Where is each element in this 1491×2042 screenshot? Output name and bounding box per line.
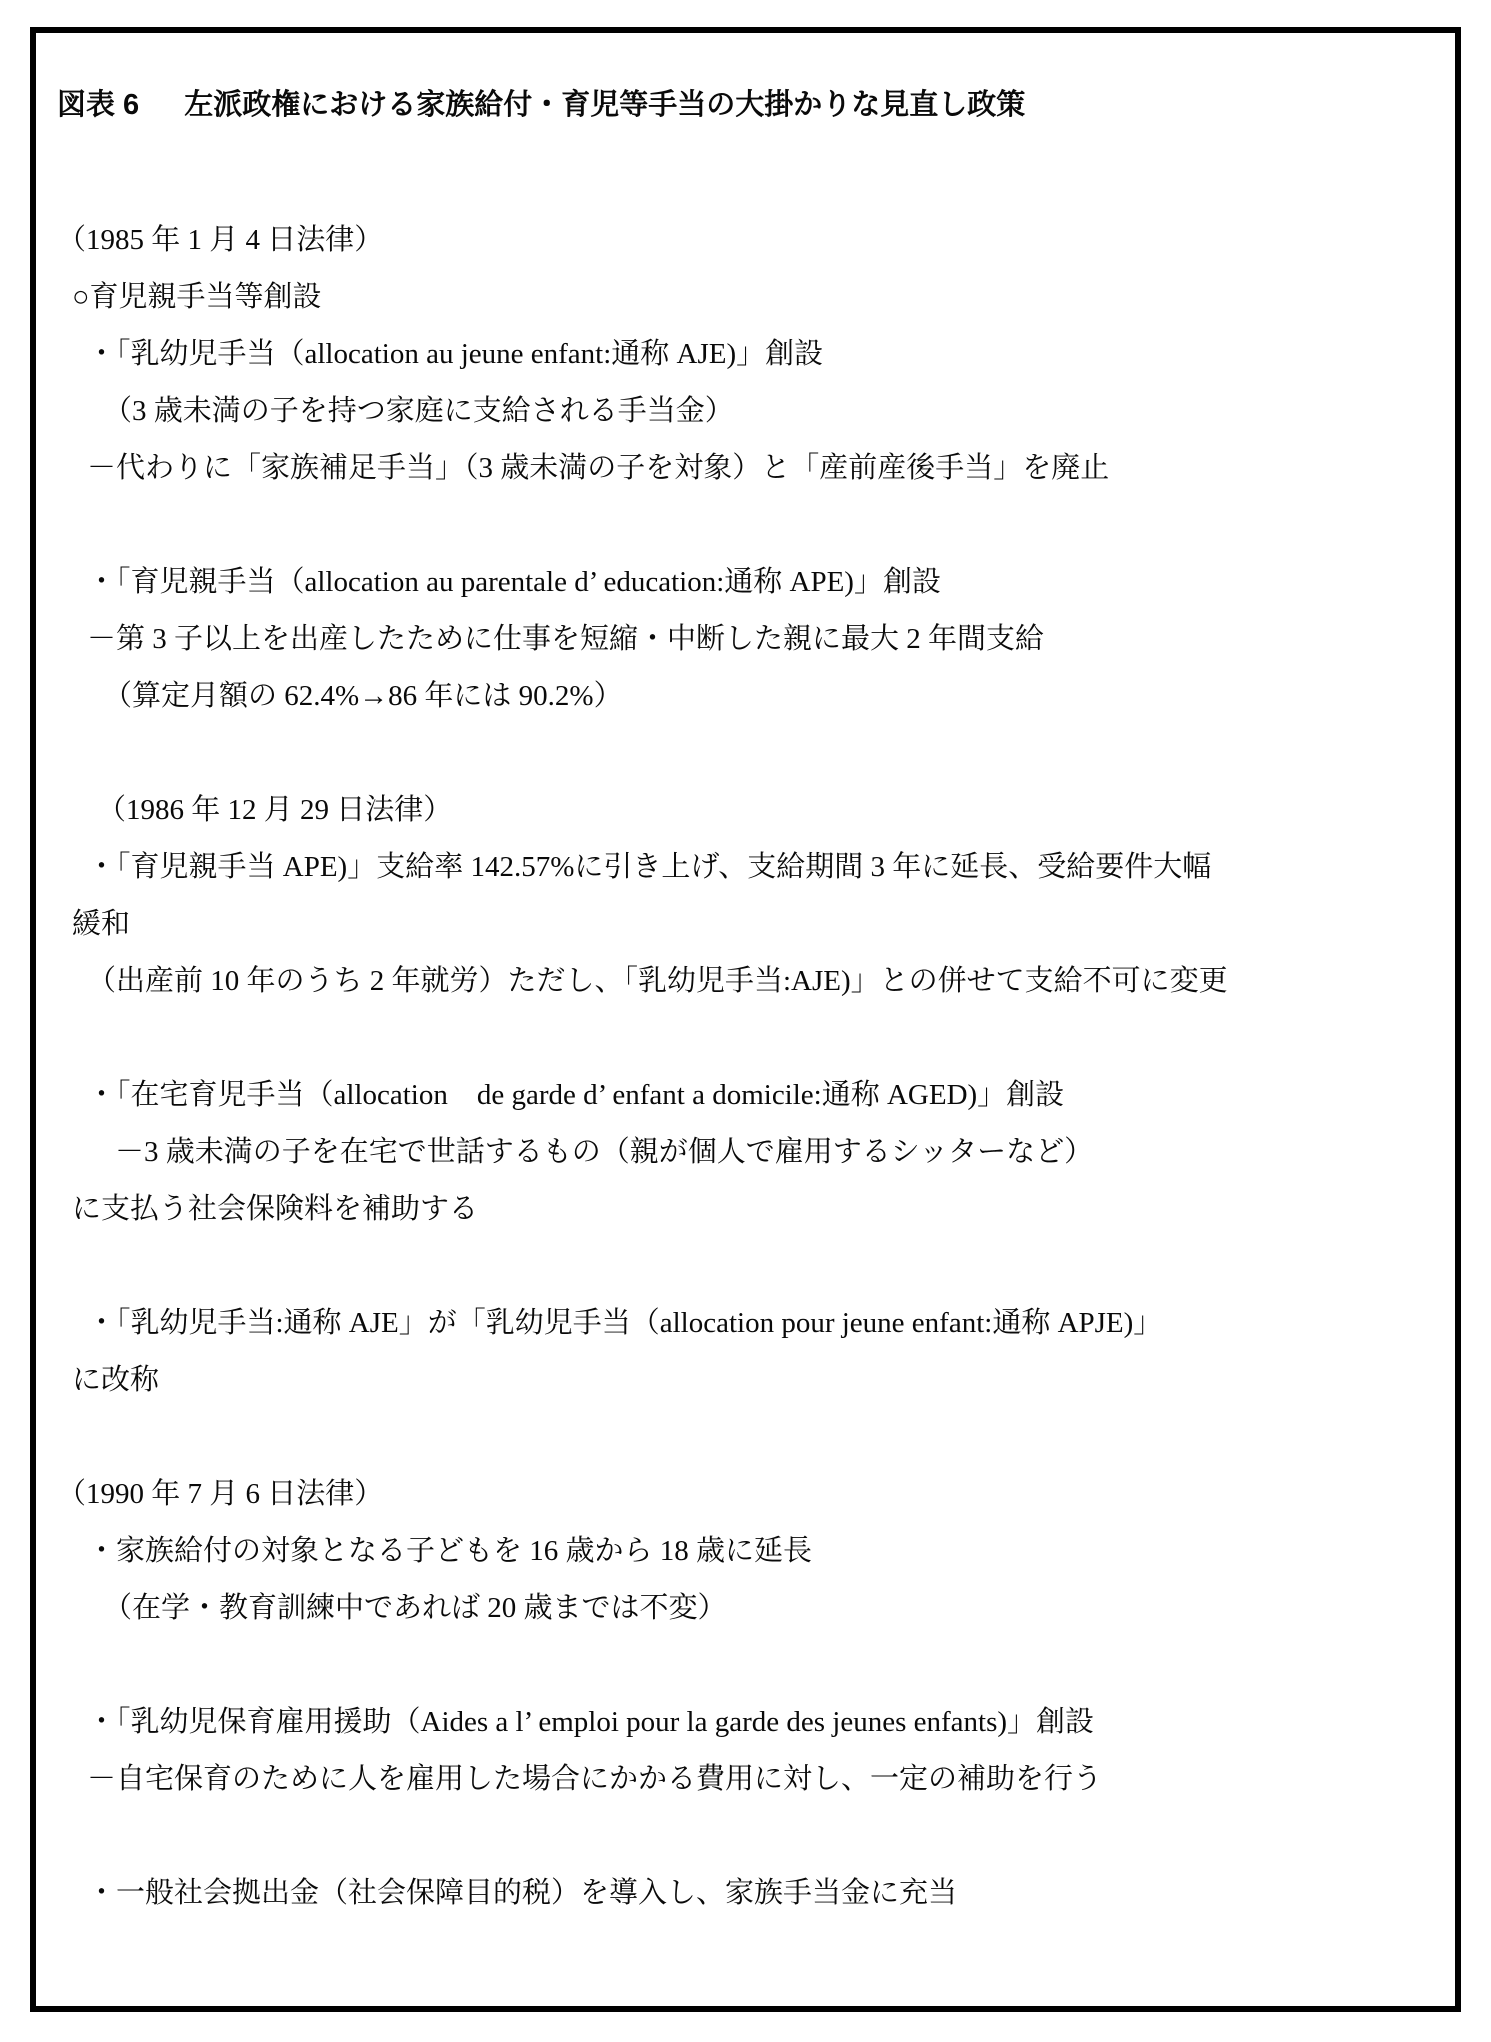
document-line: ○育児親手当等創設	[36, 269, 1455, 326]
line-spacer	[36, 1808, 1455, 1865]
document-frame: 図表 6 左派政権における家族給付・育児等手当の大掛かりな見直し政策 （1985…	[30, 27, 1461, 2012]
document-line: －第 3 子以上を出産したために仕事を短縮・中断した親に最大 2 年間支給	[36, 611, 1455, 668]
document-line: （出産前 10 年のうち 2 年就労）ただし、「乳幼児手当:AJE)」との併せて…	[36, 953, 1455, 1010]
document-line: ・「育児親手当 APE)」支給率 142.57%に引き上げ、支給期間 3 年に延…	[36, 839, 1455, 896]
document-line: に改称	[36, 1352, 1455, 1409]
line-spacer	[36, 1010, 1455, 1067]
document-line: （1985 年 1 月 4 日法律）	[36, 212, 1455, 269]
document-line: （算定月額の 62.4%→86 年には 90.2%）	[36, 668, 1455, 725]
line-spacer	[36, 1637, 1455, 1694]
document-line: ・「在宅育児手当（allocation de garde d’ enfant a…	[36, 1067, 1455, 1124]
document-line: に支払う社会保険料を補助する	[36, 1181, 1455, 1238]
document-line: ・「乳幼児手当:通称 AJE」が「乳幼児手当（allocation pour j…	[36, 1295, 1455, 1352]
document-line: －代わりに「家族補足手当」（3 歳未満の子を対象）と「産前産後手当」を廃止	[36, 440, 1455, 497]
line-spacer	[36, 1238, 1455, 1295]
figure-title: 左派政権における家族給付・育児等手当の大掛かりな見直し政策	[184, 85, 1025, 125]
document-line: ・「乳幼児保育雇用援助（Aides a l’ emploi pour la ga…	[36, 1694, 1455, 1751]
document-line: （在学・教育訓練中であれば 20 歳までは不変）	[36, 1580, 1455, 1637]
document-line: 緩和	[36, 896, 1455, 953]
figure-label: 図表 6	[57, 85, 139, 125]
line-spacer	[36, 497, 1455, 554]
line-spacer	[36, 1409, 1455, 1466]
document-line: ・「乳幼児手当（allocation au jeune enfant:通称 AJ…	[36, 326, 1455, 383]
document-line: ・「育児親手当（allocation au parentale d’ educa…	[36, 554, 1455, 611]
document-line: （1986 年 12 月 29 日法律）	[36, 782, 1455, 839]
document-line: －自宅保育のために人を雇用した場合にかかる費用に対し、一定の補助を行う	[36, 1751, 1455, 1808]
line-spacer	[36, 725, 1455, 782]
document-line: ・一般社会拠出金（社会保障目的税）を導入し、家族手当金に充当	[36, 1865, 1455, 1922]
document-line: －3 歳未満の子を在宅で世話するもの（親が個人で雇用するシッターなど）	[36, 1124, 1455, 1181]
figure-heading: 図表 6 左派政権における家族給付・育児等手当の大掛かりな見直し政策	[57, 85, 1431, 125]
document-line: （3 歳未満の子を持つ家庭に支給される手当金）	[36, 383, 1455, 440]
document-body: （1985 年 1 月 4 日法律） ○育児親手当等創設 ・「乳幼児手当（all…	[36, 212, 1455, 1922]
document-line: （1990 年 7 月 6 日法律）	[36, 1466, 1455, 1523]
document-line: ・家族給付の対象となる子どもを 16 歳から 18 歳に延長	[36, 1523, 1455, 1580]
